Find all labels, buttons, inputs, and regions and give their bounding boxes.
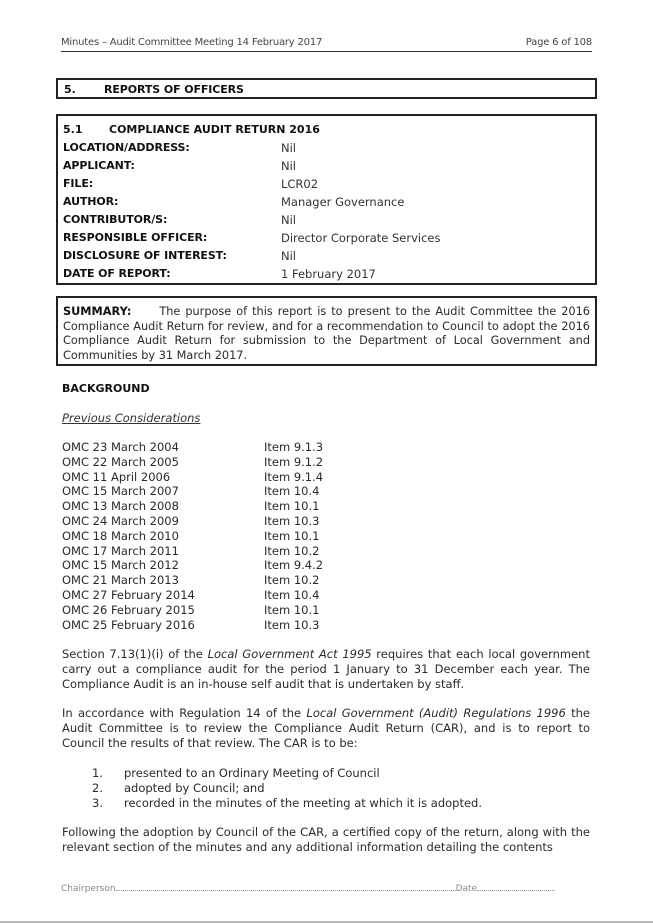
detail-label: LOCATION/ADDRESS: [63, 141, 190, 154]
detail-value: Nil [281, 141, 296, 155]
regulations-title: Local Government (Audit) Regulations 199… [306, 706, 565, 720]
item-reference: Item 10.3 [264, 618, 319, 632]
detail-row-file: FILE: LCR02 [63, 177, 593, 195]
list-text: recorded in the minutes of the meeting a… [124, 796, 482, 811]
detail-value: LCR02 [281, 177, 318, 191]
detail-label: DATE OF REPORT: [63, 267, 171, 280]
item-reference: Item 10.1 [264, 529, 319, 543]
section-number: 5. [64, 83, 76, 96]
list-text: presented to an Ordinary Meeting of Coun… [124, 766, 380, 781]
meeting-date: OMC 11 April 2006 [62, 470, 170, 484]
detail-label: APPLICANT: [63, 159, 135, 172]
background-heading: BACKGROUND [62, 382, 150, 395]
detail-row-date-of-report: DATE OF REPORT: 1 February 2017 [63, 267, 593, 285]
meeting-date: OMC 21 March 2013 [62, 573, 179, 587]
item-reference: Item 10.4 [264, 484, 319, 498]
detail-value: Nil [281, 159, 296, 173]
meeting-date: OMC 25 February 2016 [62, 618, 195, 632]
consideration-row: OMC 15 March 2012Item 9.4.2 [62, 558, 362, 573]
detail-value: Director Corporate Services [281, 231, 441, 245]
chairperson-label: Chairperson [61, 884, 116, 894]
act-title: Local Government Act 1995 [208, 647, 372, 661]
item-reference: Item 9.1.2 [264, 455, 323, 469]
consideration-row: OMC 23 March 2004Item 9.1.3 [62, 440, 362, 455]
meeting-date: OMC 23 March 2004 [62, 440, 179, 454]
consideration-row: OMC 25 February 2016Item 10.3 [62, 618, 362, 633]
consideration-row: OMC 27 February 2014Item 10.4 [62, 588, 362, 603]
consideration-row: OMC 15 March 2007Item 10.4 [62, 484, 362, 499]
list-text: adopted by Council; and [124, 781, 265, 796]
consideration-row: OMC 13 March 2008Item 10.1 [62, 499, 362, 514]
meeting-date: OMC 15 March 2007 [62, 484, 179, 498]
paragraph-following-adoption: Following the adoption by Council of the… [62, 825, 590, 855]
section-title: REPORTS OF OFFICERS [104, 83, 244, 96]
section-heading-box: 5. REPORTS OF OFFICERS [56, 78, 597, 99]
summary-box: SUMMARY:The purpose of this report is to… [56, 296, 597, 366]
item-number: 5.1 [63, 123, 109, 136]
item-heading: 5.1COMPLIANCE AUDIT RETURN 2016 [63, 123, 320, 136]
detail-value: Nil [281, 213, 296, 227]
item-reference: Item 10.1 [264, 499, 319, 513]
running-header: Minutes – Audit Committee Meeting 14 Feb… [61, 37, 592, 52]
item-reference: Item 10.2 [264, 573, 319, 587]
item-reference: Item 9.1.4 [264, 470, 323, 484]
para-text: In accordance with Regulation 14 of the [62, 706, 306, 720]
consideration-row: OMC 11 April 2006Item 9.1.4 [62, 470, 362, 485]
summary-label: SUMMARY: [63, 305, 131, 318]
date-signature-line [477, 881, 555, 891]
detail-row-author: AUTHOR: Manager Governance [63, 195, 593, 213]
paragraph-regulation-14: In accordance with Regulation 14 of the … [62, 706, 590, 751]
detail-value: 1 February 2017 [281, 267, 376, 281]
list-number: 1. [92, 766, 103, 781]
consideration-row: OMC 24 March 2009Item 10.3 [62, 514, 362, 529]
detail-label: RESPONSIBLE OFFICER: [63, 231, 207, 244]
chairperson-signature-line [116, 881, 456, 891]
consideration-row: OMC 26 February 2015Item 10.1 [62, 603, 362, 618]
item-details-box: 5.1COMPLIANCE AUDIT RETURN 2016 LOCATION… [56, 114, 597, 285]
item-reference: Item 10.4 [264, 588, 319, 602]
detail-row-contributors: CONTRIBUTOR/S: Nil [63, 213, 593, 231]
detail-row-location: LOCATION/ADDRESS: Nil [63, 141, 593, 159]
detail-row-applicant: APPLICANT: Nil [63, 159, 593, 177]
meeting-date: OMC 15 March 2012 [62, 558, 179, 572]
meeting-date: OMC 22 March 2005 [62, 455, 179, 469]
detail-label: DISCLOSURE OF INTEREST: [63, 249, 227, 262]
detail-value: Manager Governance [281, 195, 404, 209]
meeting-date: OMC 13 March 2008 [62, 499, 179, 513]
meeting-date: OMC 27 February 2014 [62, 588, 195, 602]
date-label: Date [456, 884, 478, 894]
paragraph-section-713: Section 7.13(1)(i) of the Local Governme… [62, 647, 590, 692]
detail-label: FILE: [63, 177, 93, 190]
item-reference: Item 10.1 [264, 603, 319, 617]
consideration-row: OMC 21 March 2013Item 10.2 [62, 573, 362, 588]
previous-considerations-title: Previous Considerations [62, 411, 200, 425]
consideration-row: OMC 18 March 2010Item 10.1 [62, 529, 362, 544]
page-number: Page 6 of 108 [526, 37, 592, 48]
item-title: COMPLIANCE AUDIT RETURN 2016 [109, 123, 320, 136]
detail-label: CONTRIBUTOR/S: [63, 213, 167, 226]
detail-row-disclosure: DISCLOSURE OF INTEREST: Nil [63, 249, 593, 267]
detail-label: AUTHOR: [63, 195, 118, 208]
item-reference: Item 9.1.3 [264, 440, 323, 454]
item-reference: Item 10.3 [264, 514, 319, 528]
summary-text: The purpose of this report is to present… [63, 305, 590, 362]
detail-row-responsible-officer: RESPONSIBLE OFFICER: Director Corporate … [63, 231, 593, 249]
meeting-date: OMC 26 February 2015 [62, 603, 195, 617]
previous-considerations-list: OMC 23 March 2004Item 9.1.3OMC 22 March … [62, 440, 362, 632]
meeting-date: OMC 17 March 2011 [62, 544, 179, 558]
meeting-date: OMC 18 March 2010 [62, 529, 179, 543]
item-reference: Item 9.4.2 [264, 558, 323, 572]
para-text: Section 7.13(1)(i) of the [62, 647, 208, 661]
document-page: Minutes – Audit Committee Meeting 14 Feb… [0, 0, 653, 923]
header-title: Minutes – Audit Committee Meeting 14 Feb… [61, 37, 322, 48]
item-reference: Item 10.2 [264, 544, 319, 558]
list-number: 3. [92, 796, 103, 811]
detail-value: Nil [281, 249, 296, 263]
consideration-row: OMC 17 March 2011Item 10.2 [62, 544, 362, 559]
signature-footer: ChairpersonDate [61, 881, 555, 894]
list-number: 2. [92, 781, 103, 796]
meeting-date: OMC 24 March 2009 [62, 514, 179, 528]
consideration-row: OMC 22 March 2005Item 9.1.2 [62, 455, 362, 470]
